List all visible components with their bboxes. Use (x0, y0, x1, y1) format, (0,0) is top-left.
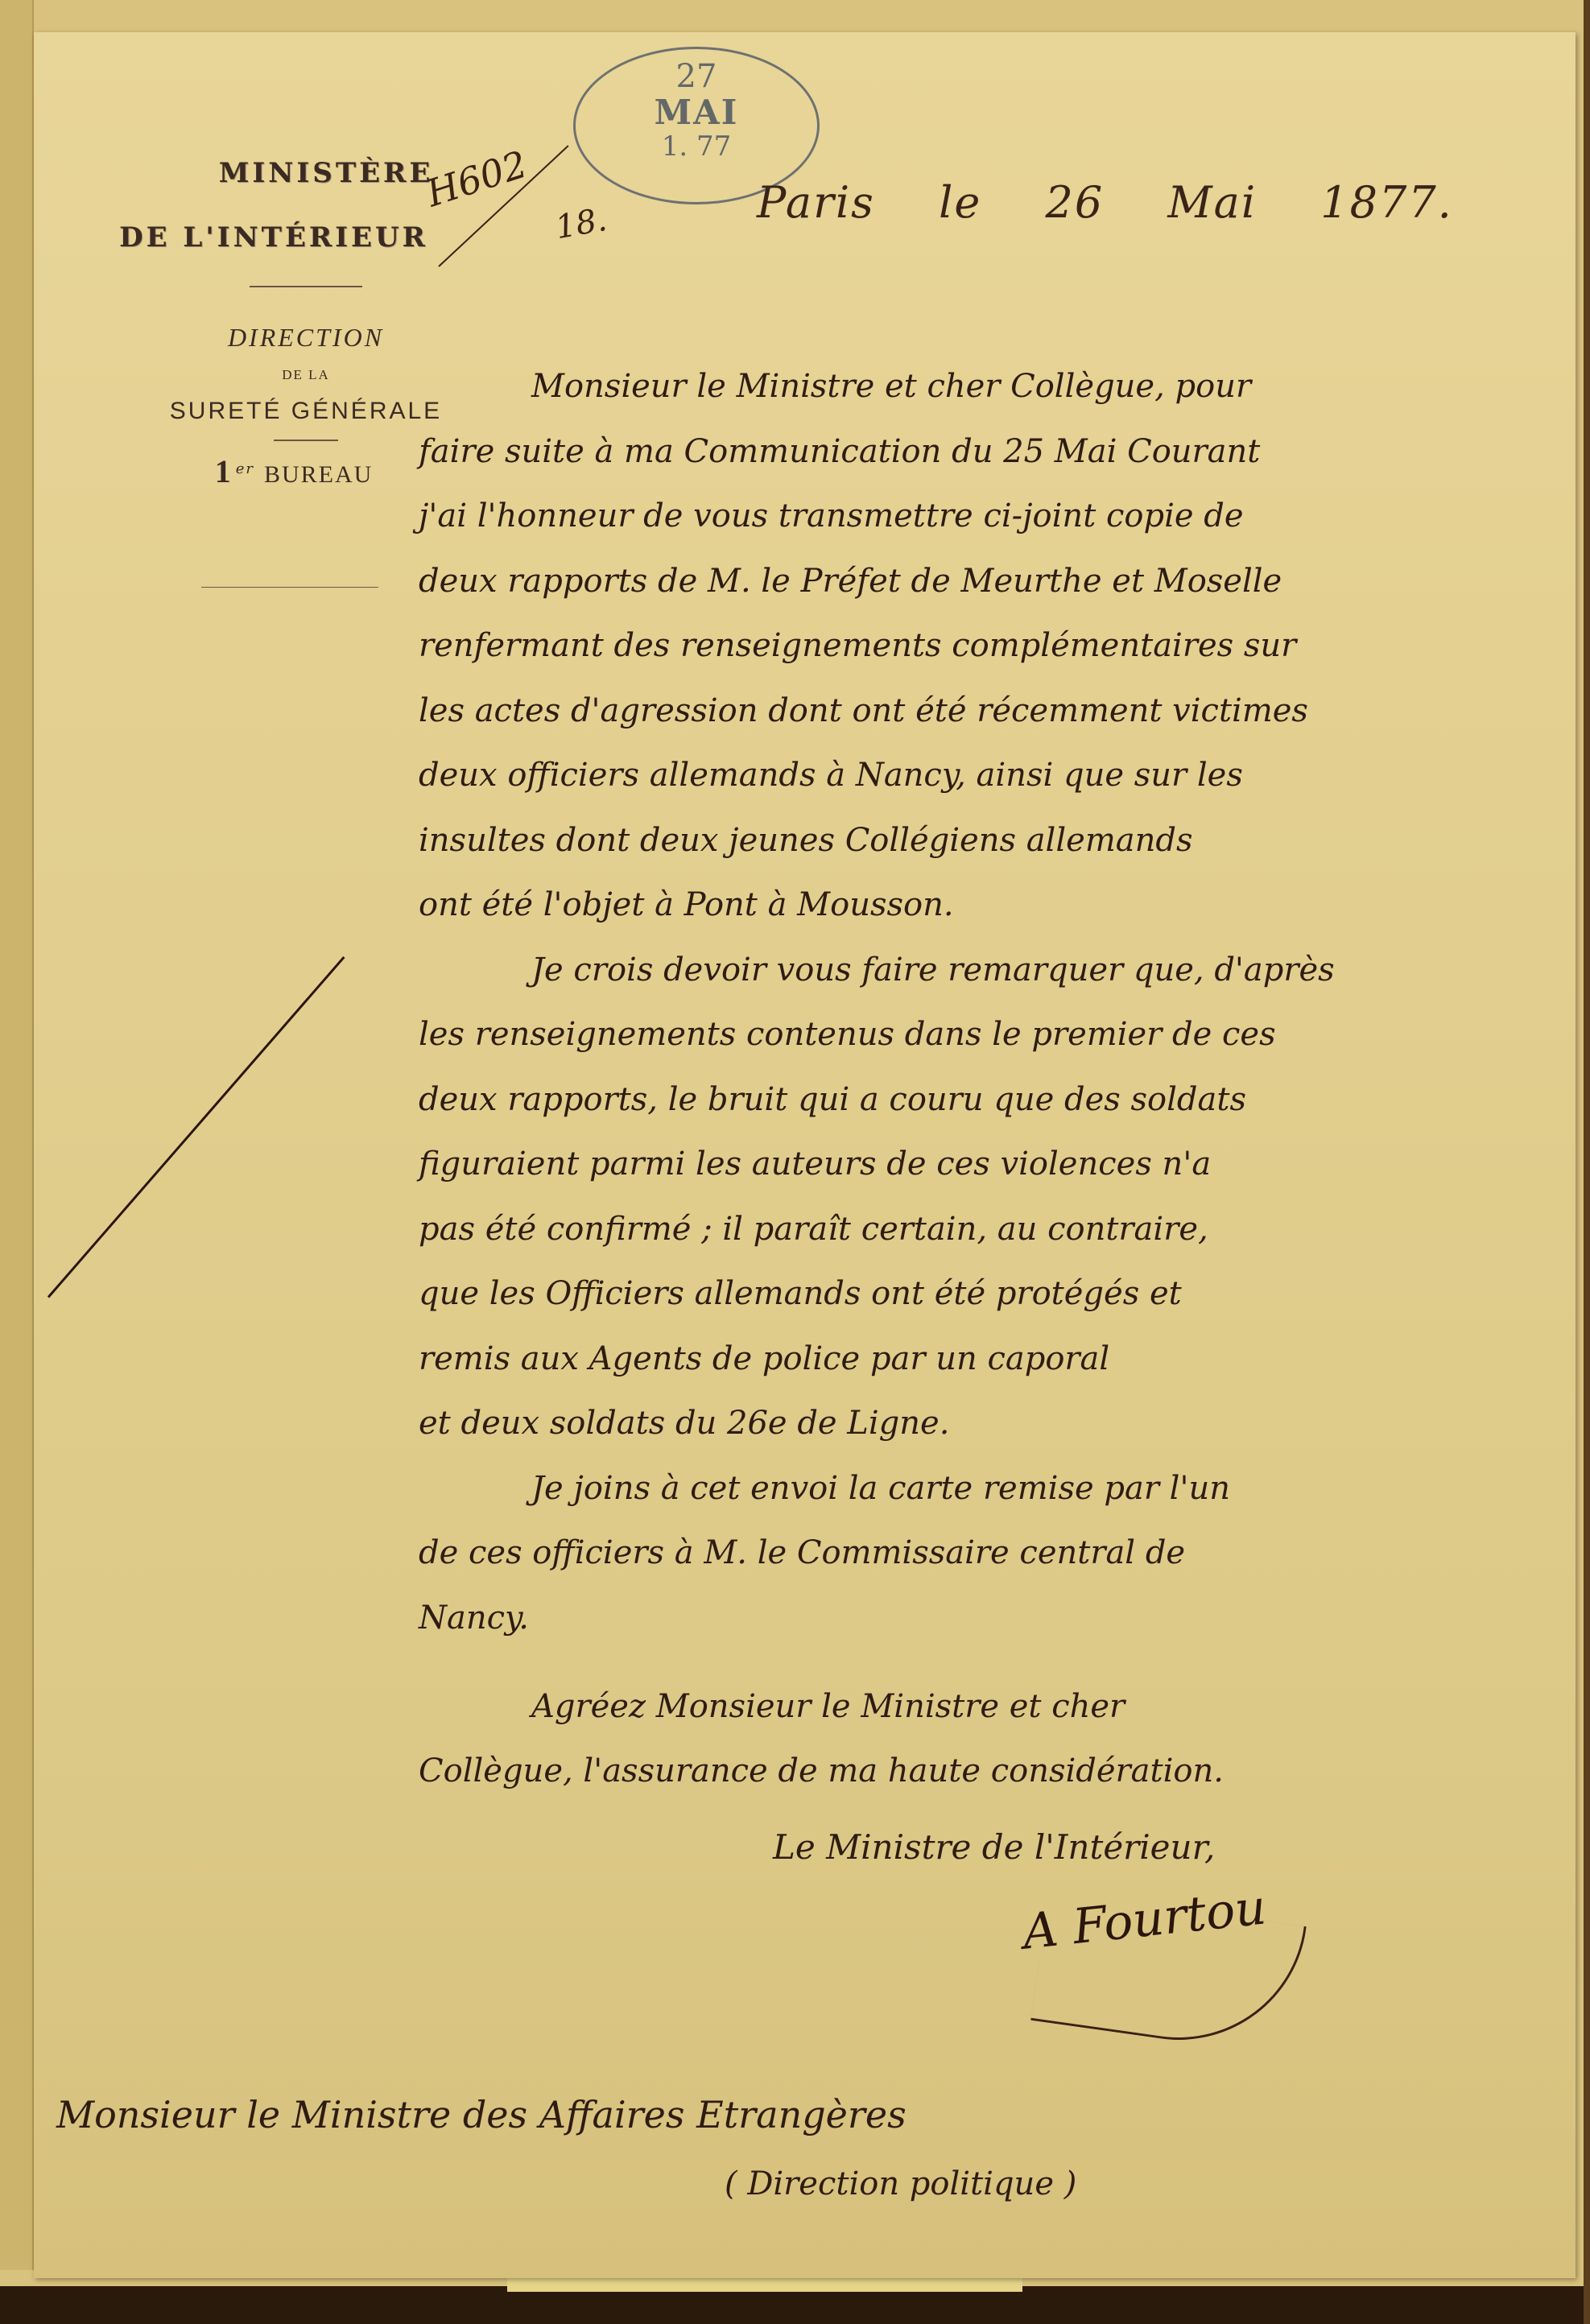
addressee: Monsieur le Ministre des Affaires Etrang… (56, 2093, 907, 2136)
folder-edge (1584, 0, 1590, 2324)
body-line: que les Officiers allemands ont été prot… (419, 1261, 1546, 1327)
ornament-divider-small (274, 440, 338, 441)
body-line: Je crois devoir vous faire remarquer que… (419, 938, 1546, 1003)
addressee-department: ( Direction politique ) (725, 2165, 1076, 2202)
body-line: figuraient parmi les auteurs de ces viol… (419, 1132, 1546, 1197)
signatory-title: Le Ministre de l'Intérieur, (773, 1827, 1215, 1867)
body-line: les renseignements contenus dans le prem… (419, 1002, 1546, 1067)
body-line: Monsieur le Ministre et cher Collègue, p… (419, 354, 1546, 419)
stamp-month: MAI (576, 94, 817, 131)
body-line: deux officiers allemands à Nancy, ainsi … (419, 743, 1546, 808)
ornament-divider (250, 286, 362, 291)
stamp-year: 1. 77 (576, 131, 817, 162)
body-line: ont été l'objet à Pont à Mousson. (419, 873, 1546, 938)
paragraph-2: Je crois devoir vous faire remarquer que… (419, 938, 1546, 1456)
closing-formula: Agréez Monsieur le Ministre et cher Coll… (419, 1674, 1546, 1803)
body-line: faire suite à ma Communication du 25 Mai… (419, 419, 1546, 485)
body-line: de ces officiers à M. le Commissaire cen… (419, 1521, 1546, 1586)
body-line: deux rapports de M. le Préfet de Meurthe… (419, 549, 1546, 614)
paragraph-1: Monsieur le Ministre et cher Collègue, p… (419, 354, 1546, 938)
letter-body: Monsieur le Ministre et cher Collègue, p… (419, 354, 1546, 1650)
body-line: Nancy. (419, 1586, 1546, 1651)
stamp-day: 27 (576, 59, 817, 94)
closing-line: Agréez Monsieur le Ministre et cher (419, 1674, 1546, 1739)
body-line: renfermant des renseignements complément… (419, 613, 1546, 679)
body-line: j'ai l'honneur de vous transmettre ci-jo… (419, 484, 1546, 549)
closing-line: Collègue, l'assurance de ma haute consid… (419, 1739, 1546, 1803)
letterhead-interior: DE L'INTÉRIEUR (72, 221, 475, 254)
body-line: les actes d'agression dont ont été récem… (419, 679, 1546, 744)
bureau-number: 1 (215, 453, 233, 489)
date-line: Paris le 26 Mai 1877. (757, 177, 1453, 228)
underlying-sheet-edge (0, 0, 34, 2270)
paragraph-3: Je joins à cet envoi la carte remise par… (419, 1456, 1546, 1651)
body-line: pas été confirmé ; il paraît certain, au… (419, 1197, 1546, 1262)
body-line: remis aux Agents de police par un capora… (419, 1327, 1546, 1392)
body-line: insultes dont deux jeunes Collégiens all… (419, 808, 1546, 873)
body-line: Je joins à cet envoi la carte remise par… (419, 1456, 1546, 1521)
bureau-label: BUREAU (264, 461, 373, 488)
body-line: et deux soldats du 26e de Ligne. (419, 1391, 1546, 1456)
letterhead-direction: DIRECTION (137, 323, 475, 353)
bureau-suffix: er (236, 460, 254, 477)
body-line: deux rapports, le bruit qui a couru que … (419, 1067, 1546, 1133)
ornament-divider-bottom (201, 587, 378, 588)
